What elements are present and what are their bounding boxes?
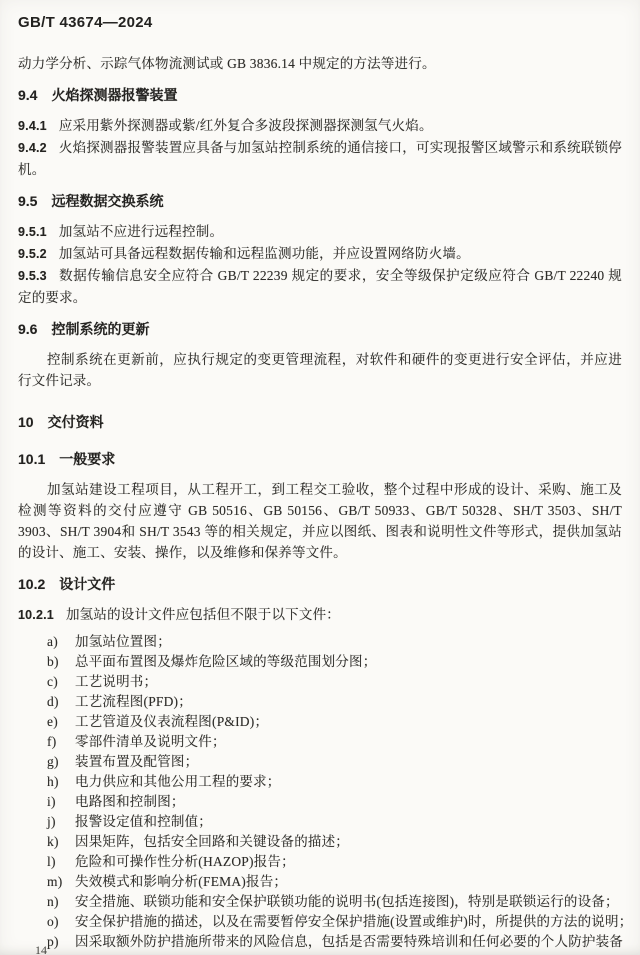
- heading-title: 火焰探测器报警装置: [51, 87, 177, 103]
- heading-number: 9.4: [18, 87, 37, 103]
- section-heading: 9.5远程数据交换系统: [18, 192, 622, 211]
- list-item-text: 危险和可操作性分析(HAZOP)报告；: [75, 854, 295, 869]
- list-item-text: 加氢站位置图；: [75, 634, 171, 649]
- list-item: f)零部件清单及说明文件；: [18, 732, 622, 752]
- list-item-marker: h): [47, 772, 59, 792]
- clause-paragraph: 9.5.3数据传输信息安全应符合 GB/T 22239 规定的要求，安全等级保护…: [18, 265, 622, 308]
- heading-title: 交付资料: [48, 414, 104, 430]
- page-number: 14: [35, 943, 47, 955]
- clause-paragraph: 9.5.1加氢站不应进行远程控制。: [18, 221, 622, 243]
- list-item-text: 电力供应和其他公用工程的要求；: [75, 774, 281, 789]
- chapter-heading: 10交付资料: [18, 413, 622, 432]
- list-item-text: 零部件清单及说明文件；: [75, 734, 226, 749]
- list-item: c)工艺说明书；: [18, 672, 622, 692]
- list-item-text: 因果矩阵，包括安全回路和关键设备的描述；: [75, 834, 349, 849]
- standard-number: GB/T 43674—2024: [18, 14, 153, 31]
- list-item: n)安全措施、联锁功能和安全保护联锁功能的说明书(包括连接图)，特别是联锁运行的…: [18, 892, 622, 912]
- list-item: o)安全保护措施的描述，以及在需要暂停安全保护措施(设置或维护)时，所提供的方法…: [18, 912, 622, 932]
- clause-text: 应采用紫外探测器或紫/红外复合多波段探测器探测氢气火焰。: [59, 118, 433, 133]
- list-item-text: 工艺管道及仪表流程图(P&ID)；: [75, 714, 268, 729]
- heading-number: 10: [18, 414, 34, 430]
- list-item: h)电力供应和其他公用工程的要求；: [18, 772, 622, 792]
- list-item-text: 装置布置及配管图；: [75, 754, 198, 769]
- body-paragraph: 动力学分析、示踪气体物流测试或 GB 3836.14 中规定的方法等进行。: [18, 53, 622, 74]
- list-item: a)加氢站位置图；: [18, 632, 622, 652]
- list-item-marker: m): [47, 872, 62, 892]
- list-item-text: 工艺流程图(PFD)；: [75, 694, 192, 709]
- list-item: d)工艺流程图(PFD)；: [18, 692, 622, 712]
- clause-number: 9.4.2: [18, 141, 47, 155]
- design-file-list: a)加氢站位置图；b)总平面布置图及爆炸危险区域的等级范围划分图；c)工艺说明书…: [18, 632, 622, 952]
- clause-number: 9.5.3: [18, 269, 47, 283]
- heading-number: 9.5: [18, 193, 37, 209]
- heading-title: 远程数据交换系统: [51, 193, 163, 209]
- list-item: e)工艺管道及仪表流程图(P&ID)；: [18, 712, 622, 732]
- heading-number: 10.2: [18, 576, 45, 592]
- list-item: j)报警设定值和控制值；: [18, 812, 622, 832]
- clause-text: 加氢站的设计文件应包括但不限于以下文件：: [66, 607, 340, 622]
- list-item-text: 工艺说明书；: [75, 674, 157, 689]
- list-item-marker: p): [47, 932, 59, 952]
- clause-text: 数据传输信息安全应符合 GB/T 22239 规定的要求，安全等级保护定级应符合…: [18, 268, 622, 305]
- document-body: GB/T 43674—2024 动力学分析、示踪气体物流测试或 GB 3836.…: [0, 0, 640, 952]
- list-item: p)因采取额外防护措施所带来的风险信息，包括是否需要特殊培训和任何必要的个人防护…: [18, 932, 622, 952]
- clause-text: 火焰探测器报警装置应具备与加氢站控制系统的通信接口，可实现报警区域警示和系统联锁…: [18, 140, 622, 177]
- clause-paragraph: 10.2.1加氢站的设计文件应包括但不限于以下文件：: [18, 604, 622, 626]
- list-item-marker: b): [47, 652, 59, 672]
- list-item-text: 总平面布置图及爆炸危险区域的等级范围划分图；: [75, 654, 376, 669]
- section-heading: 9.6控制系统的更新: [18, 320, 622, 339]
- document-content: 动力学分析、示踪气体物流测试或 GB 3836.14 中规定的方法等进行。9.4…: [18, 53, 622, 952]
- clause-paragraph: 9.4.2火焰探测器报警装置应具备与加氢站控制系统的通信接口，可实现报警区域警示…: [18, 137, 622, 180]
- body-paragraph: 控制系统在更新前，应执行规定的变更管理流程，对软件和硬件的变更进行安全评估，并应…: [18, 349, 622, 391]
- clause-number: 9.5.1: [18, 225, 47, 239]
- section-heading: 10.1一般要求: [18, 450, 622, 469]
- clause-number: 10.2.1: [18, 608, 54, 622]
- list-item-marker: a): [47, 632, 58, 652]
- list-item-marker: k): [47, 832, 59, 852]
- list-item-marker: i): [47, 792, 56, 812]
- list-item-text: 安全措施、联锁功能和安全保护联锁功能的说明书(包括连接图)，特别是联锁运行的设备…: [75, 894, 619, 909]
- heading-number: 9.6: [18, 321, 37, 337]
- heading-title: 控制系统的更新: [51, 321, 149, 337]
- list-item: g)装置布置及配管图；: [18, 752, 622, 772]
- section-heading: 10.2设计文件: [18, 575, 622, 594]
- clause-text: 加氢站可具备远程数据传输和远程监测功能，并应设置网络防火墙。: [59, 246, 470, 261]
- document-header: GB/T 43674—2024: [18, 14, 622, 31]
- list-item-marker: o): [47, 912, 59, 932]
- clause-paragraph: 9.4.1应采用紫外探测器或紫/红外复合多波段探测器探测氢气火焰。: [18, 115, 622, 137]
- list-item-marker: d): [47, 692, 59, 712]
- list-item-text: 因采取额外防护措施所带来的风险信息，包括是否需要特殊培训和任何必要的个人防护装备: [75, 934, 623, 949]
- body-paragraph: 加氢站建设工程项目，从工程开工，到工程交工验收，整个过程中形成的设计、采购、施工…: [18, 479, 622, 563]
- list-item-marker: j): [47, 812, 56, 832]
- list-item: i)电路图和控制图；: [18, 792, 622, 812]
- list-item-text: 电路图和控制图；: [75, 794, 185, 809]
- section-heading: 9.4火焰探测器报警装置: [18, 86, 622, 105]
- list-item: b)总平面布置图及爆炸危险区域的等级范围划分图；: [18, 652, 622, 672]
- list-item-marker: f): [47, 732, 56, 752]
- list-item-text: 失效模式和影响分析(FEMA)报告；: [75, 874, 287, 889]
- list-item: k)因果矩阵，包括安全回路和关键设备的描述；: [18, 832, 622, 852]
- clause-text: 加氢站不应进行远程控制。: [59, 224, 223, 239]
- list-item-marker: g): [47, 752, 59, 772]
- clause-paragraph: 9.5.2加氢站可具备远程数据传输和远程监测功能，并应设置网络防火墙。: [18, 243, 622, 265]
- clause-number: 9.4.1: [18, 119, 47, 133]
- document-page: GB/T 43674—2024 动力学分析、示踪气体物流测试或 GB 3836.…: [0, 0, 640, 955]
- list-item: l)危险和可操作性分析(HAZOP)报告；: [18, 852, 622, 872]
- heading-title: 设计文件: [59, 576, 115, 592]
- list-item-text: 报警设定值和控制值；: [75, 814, 212, 829]
- heading-title: 一般要求: [59, 451, 115, 467]
- heading-number: 10.1: [18, 451, 45, 467]
- clause-number: 9.5.2: [18, 247, 47, 261]
- list-item-marker: l): [47, 852, 56, 872]
- list-item-text: 安全保护措施的描述，以及在需要暂停安全保护措施(设置或维护)时，所提供的方法的说…: [75, 914, 632, 929]
- list-item: m)失效模式和影响分析(FEMA)报告；: [18, 872, 622, 892]
- list-item-marker: c): [47, 672, 58, 692]
- list-item-marker: n): [47, 892, 59, 912]
- list-item-marker: e): [47, 712, 58, 732]
